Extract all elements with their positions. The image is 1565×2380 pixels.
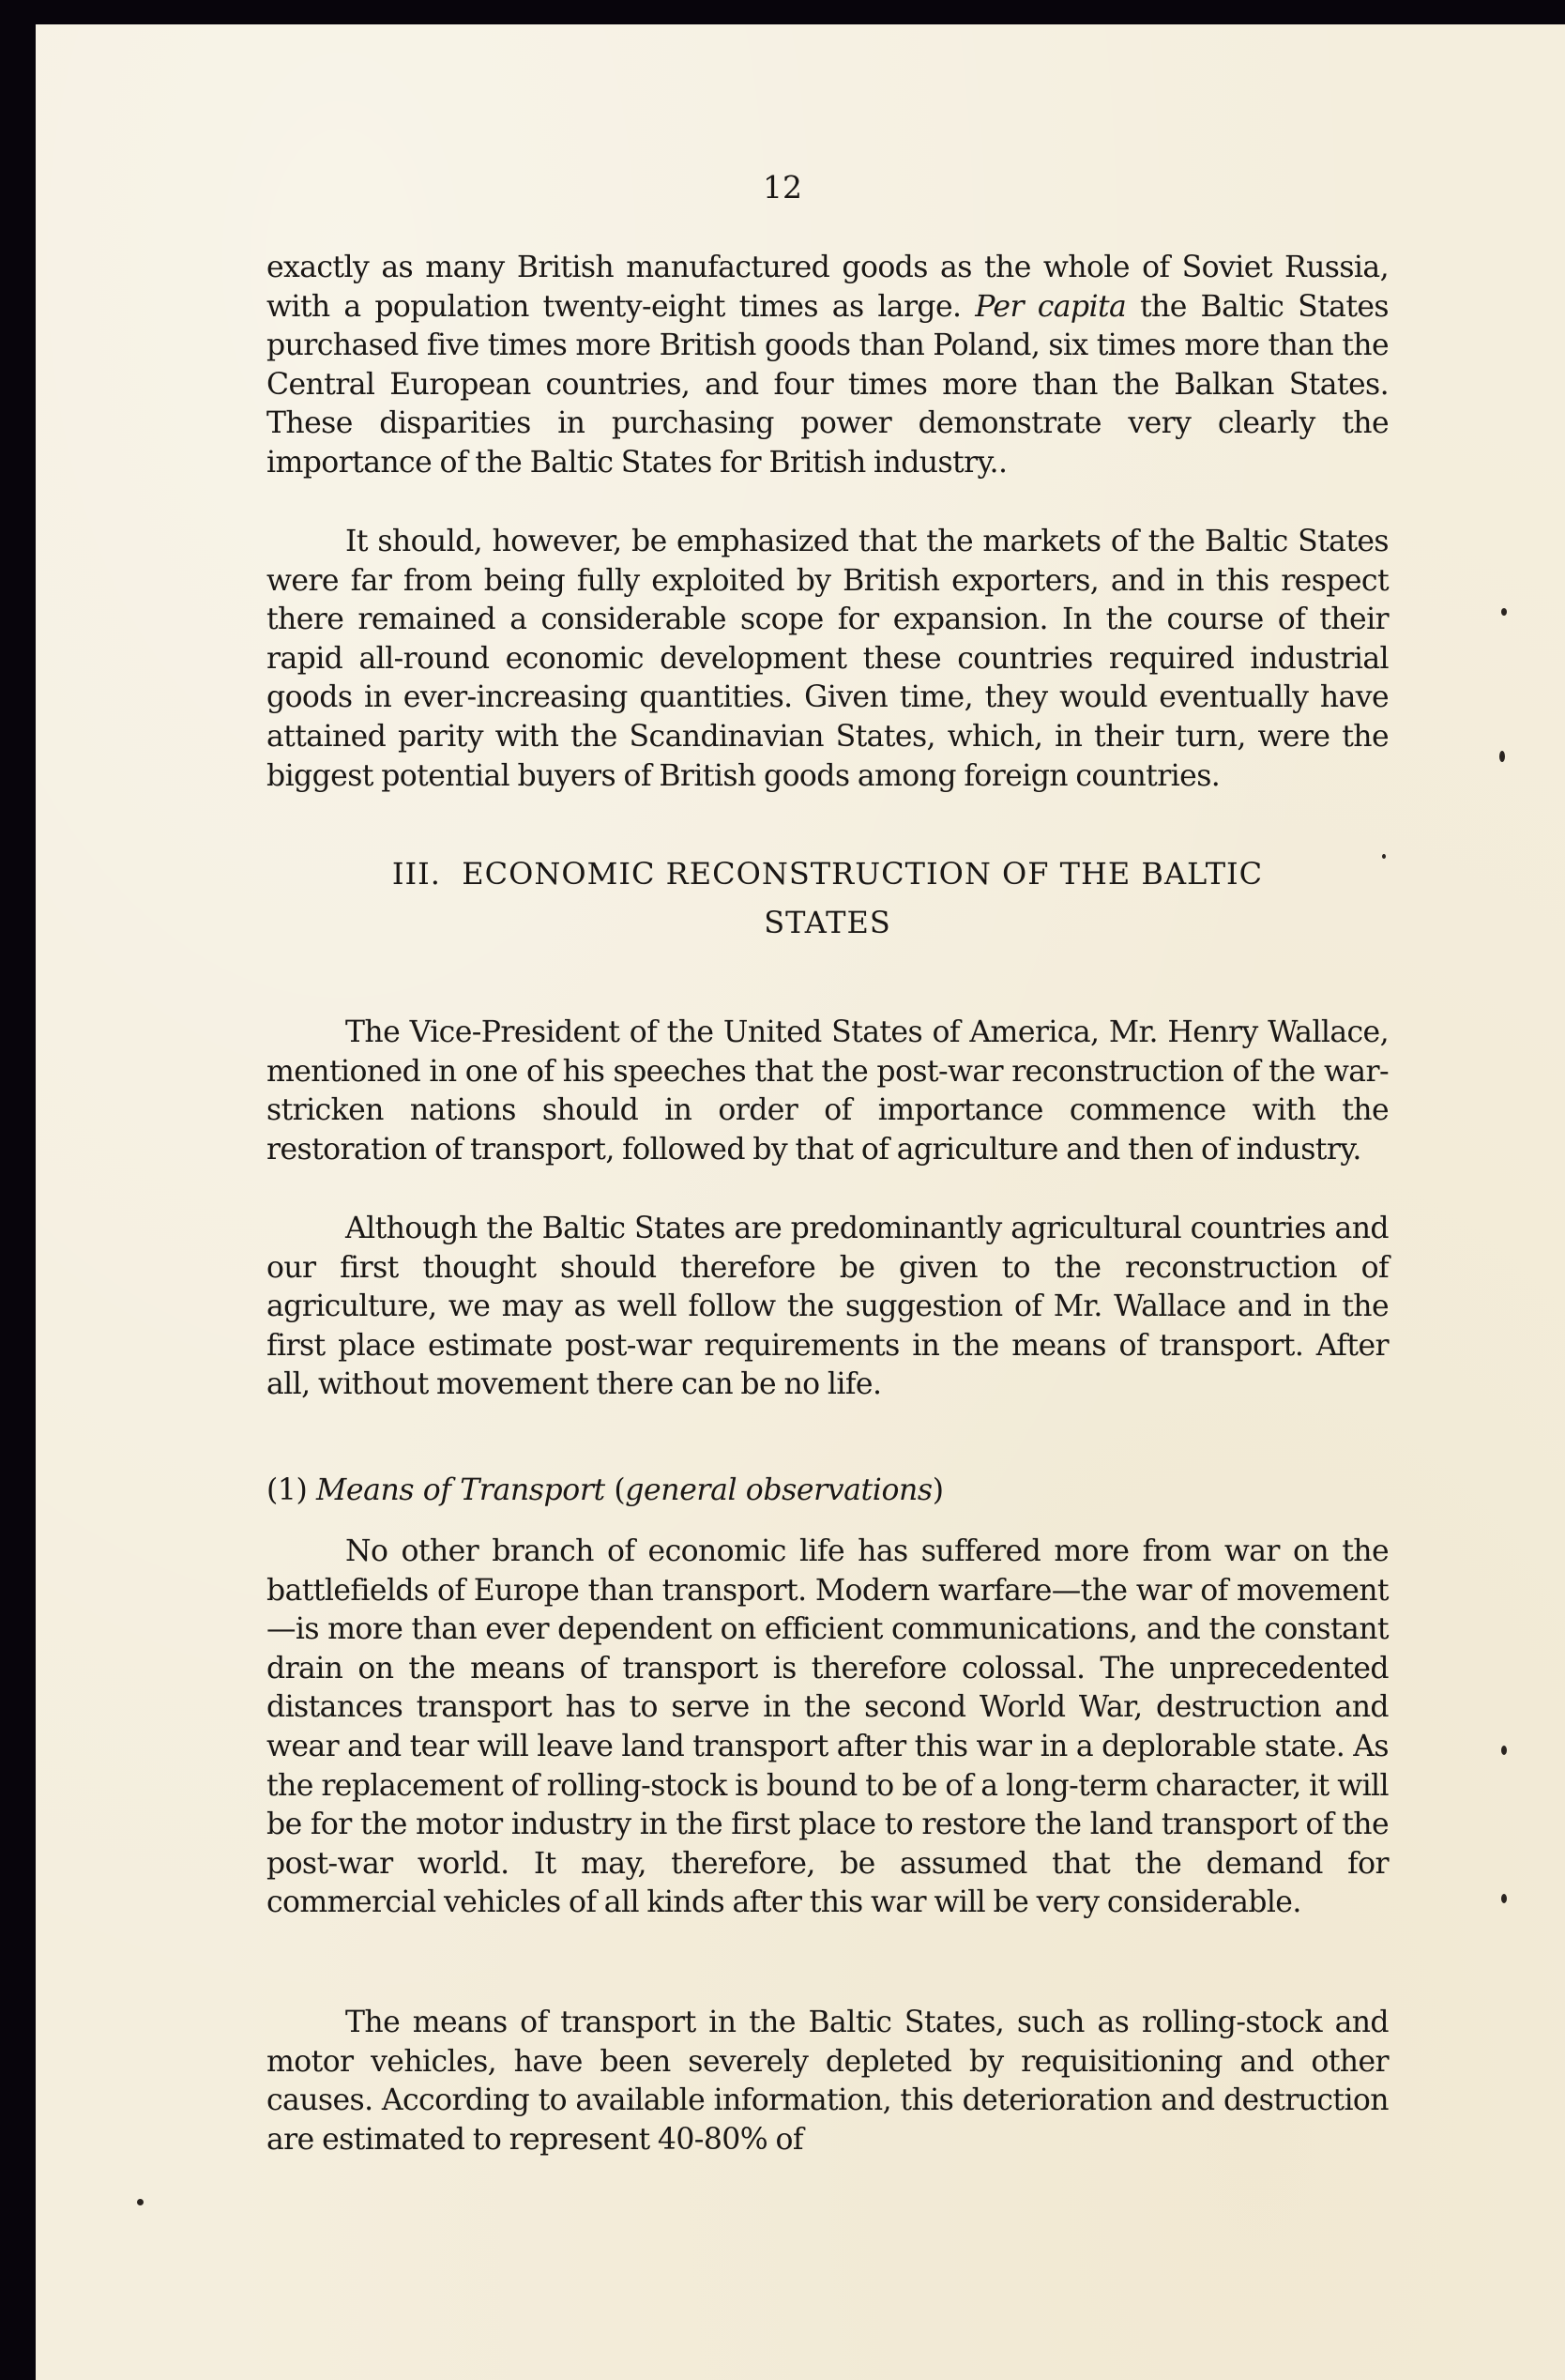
paragraph-wallace-speech: The Vice-President of the United States … [266,1014,1389,1169]
paragraph-baltic-transport: The means of transport in the Baltic Sta… [266,2004,1389,2159]
section-heading-line-1: III. ECONOMIC RECONSTRUCTION OF THE BALT… [266,849,1389,898]
paren-open: ( [605,1473,626,1507]
paren-close: ) [933,1473,944,1507]
margin-speck [1382,854,1386,859]
subsection-number: (1) [266,1473,316,1507]
margin-speck [1501,1894,1507,1903]
margin-speck [1501,1746,1507,1755]
paragraph-baltic-purchasing: exactly as many British manufactured goo… [266,249,1389,483]
paragraph-transport-war: No other branch of economic life has suf… [266,1533,1389,1923]
paragraph-markets-exploitation: It should, however, be emphasized that t… [266,523,1389,796]
subsection-title: Means of Transport [316,1473,605,1507]
margin-speck [1501,608,1507,616]
page-number: 12 [0,169,1565,206]
margin-speck [1499,751,1505,762]
section-heading: III. ECONOMIC RECONSTRUCTION OF THE BALT… [266,849,1389,947]
subsection-heading: (1) Means of Transport (general observat… [266,1472,944,1511]
subsection-qualifier: general observations [625,1473,932,1507]
paragraph-agriculture: Although the Baltic States are predomina… [266,1210,1389,1405]
margin-speck [137,2199,144,2205]
section-heading-line-2: STATES [266,898,1389,947]
italic-phrase: Per capita [975,290,1126,324]
